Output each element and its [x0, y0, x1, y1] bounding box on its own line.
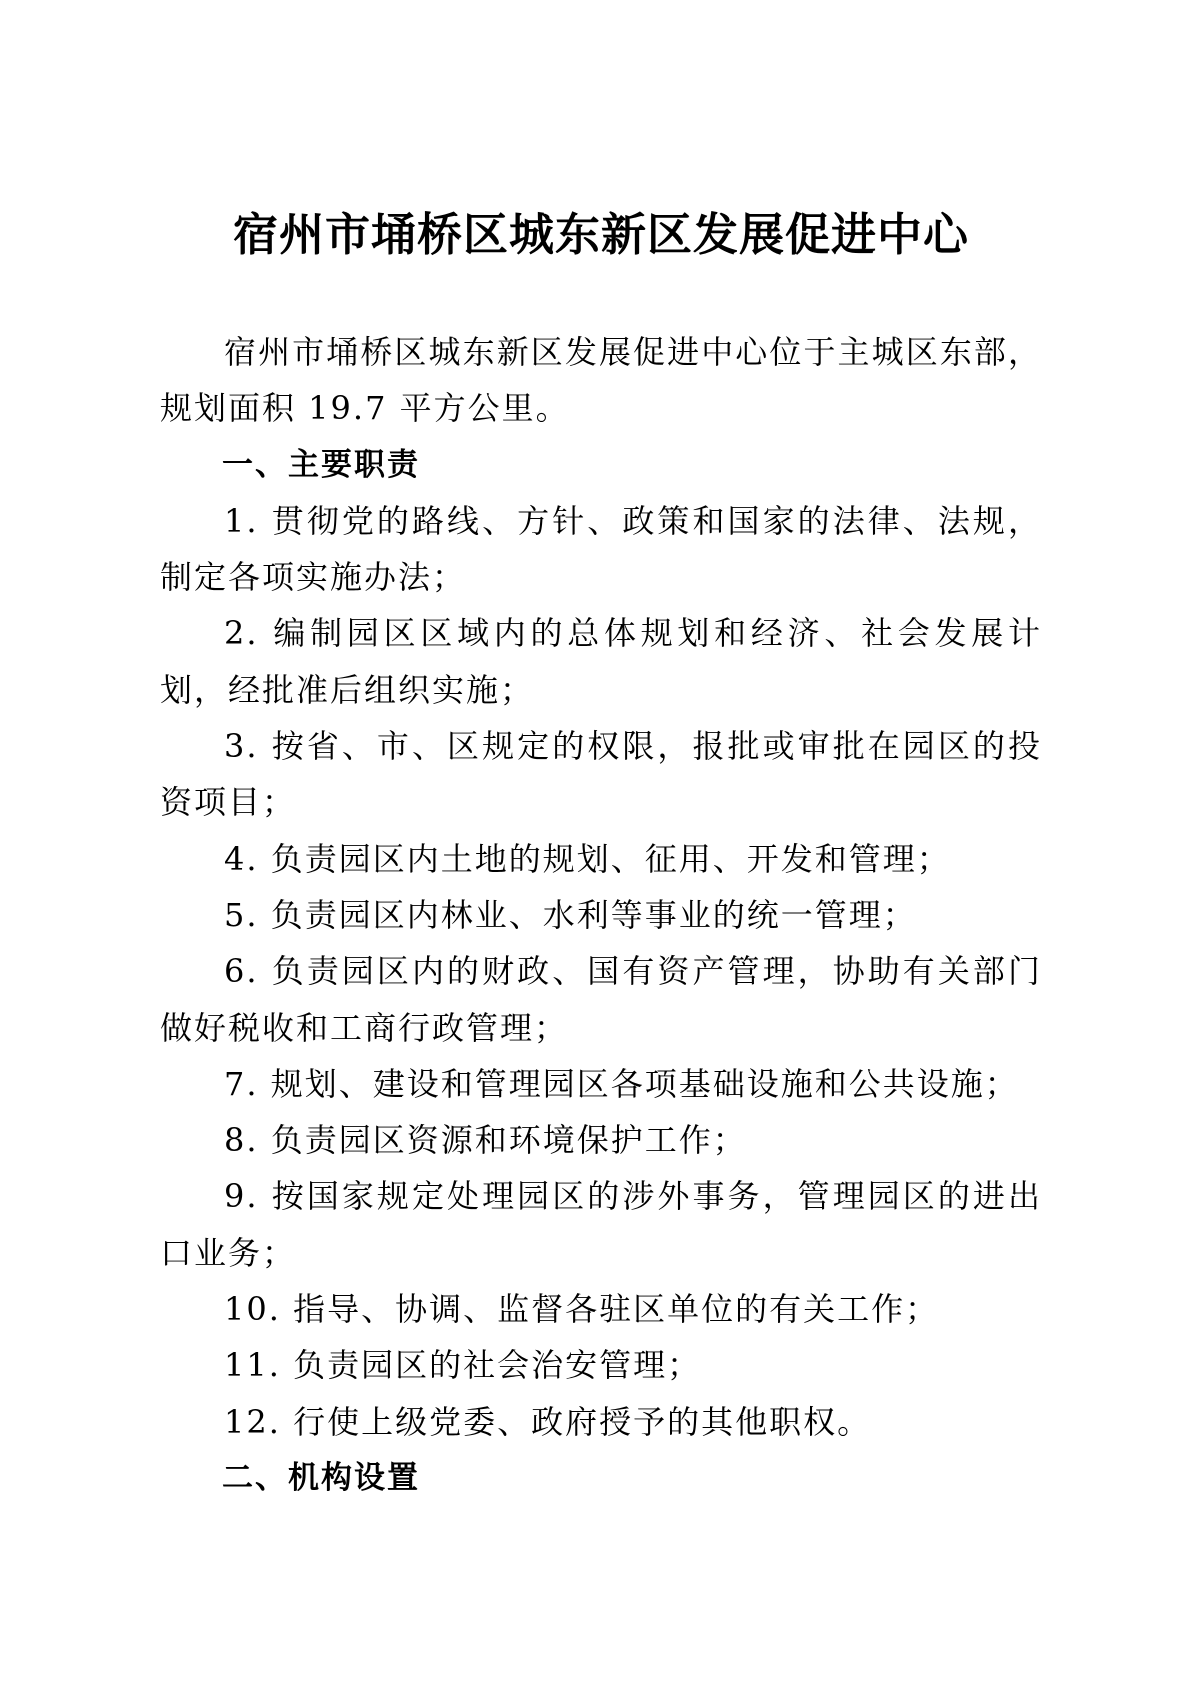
- duty-item-9: 9. 按国家规定处理园区的涉外事务，管理园区的进出口业务；: [160, 1168, 1042, 1281]
- duty-item-12: 12. 行使上级党委、政府授予的其他职权。: [160, 1394, 1042, 1450]
- duty-item-8: 8. 负责园区资源和环境保护工作；: [160, 1112, 1042, 1168]
- duty-item-2: 2. 编制园区区域内的总体规划和经济、社会发展计划，经批准后组织实施；: [160, 605, 1042, 718]
- duty-item-7: 7. 规划、建设和管理园区各项基础设施和公共设施；: [160, 1056, 1042, 1112]
- duty-item-5: 5. 负责园区内林业、水利等事业的统一管理；: [160, 887, 1042, 943]
- document-title: 宿州市埇桥区城东新区发展促进中心: [160, 204, 1042, 266]
- document-page: 宿州市埇桥区城东新区发展促进中心 宿州市埇桥区城东新区发展促进中心位于主城区东部…: [0, 0, 1190, 1683]
- duty-item-6: 6. 负责园区内的财政、国有资产管理，协助有关部门做好税收和工商行政管理；: [160, 943, 1042, 1056]
- duty-item-3: 3. 按省、市、区规定的权限，报批或审批在园区的投资项目；: [160, 718, 1042, 831]
- duty-item-11: 11. 负责园区的社会治安管理；: [160, 1337, 1042, 1393]
- duty-item-1: 1. 贯彻党的路线、方针、政策和国家的法律、法规，制定各项实施办法；: [160, 493, 1042, 606]
- duty-item-10: 10. 指导、协调、监督各驻区单位的有关工作；: [160, 1281, 1042, 1337]
- duty-item-4: 4. 负责园区内土地的规划、征用、开发和管理；: [160, 831, 1042, 887]
- section-heading-main-duties: 一、主要职责: [160, 437, 1042, 493]
- section-heading-organization: 二、机构设置: [160, 1450, 1042, 1506]
- intro-paragraph: 宿州市埇桥区城东新区发展促进中心位于主城区东部，规划面积 19.7 平方公里。: [160, 324, 1042, 437]
